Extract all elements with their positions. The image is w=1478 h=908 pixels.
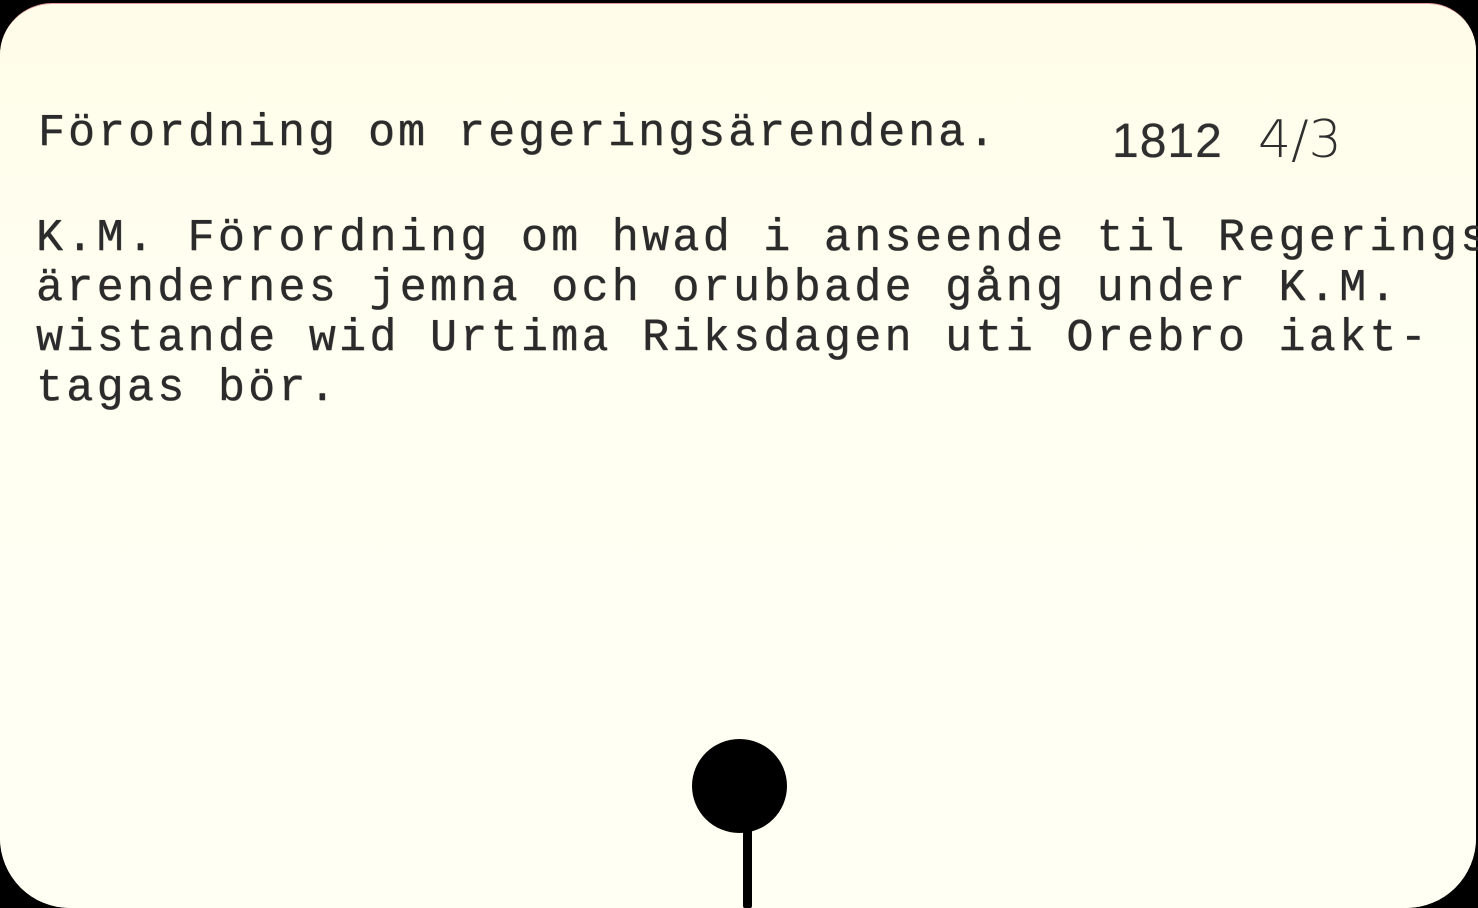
punch-hole xyxy=(692,739,787,833)
body-line: wistande wid Urtima Riksdagen uti Orebro… xyxy=(36,314,1478,364)
body-line: K.M. Förordning om hwad i anseende til R… xyxy=(36,214,1478,264)
card-title: Förordning om regeringsärendena. xyxy=(38,104,998,164)
card-body: K.M. Förordning om hwad i anseende til R… xyxy=(36,214,1478,414)
body-line: ärendernes jemna och orubbade gång under… xyxy=(36,264,1478,314)
card-date-year: 1812 xyxy=(1112,112,1223,172)
index-card: Förordning om regeringsärendena. 1812 4/… xyxy=(0,3,1476,900)
body-line: tagas bör. xyxy=(36,364,1478,414)
card-date-handwritten: 4/3 xyxy=(1258,110,1342,170)
filing-rod xyxy=(743,828,752,900)
